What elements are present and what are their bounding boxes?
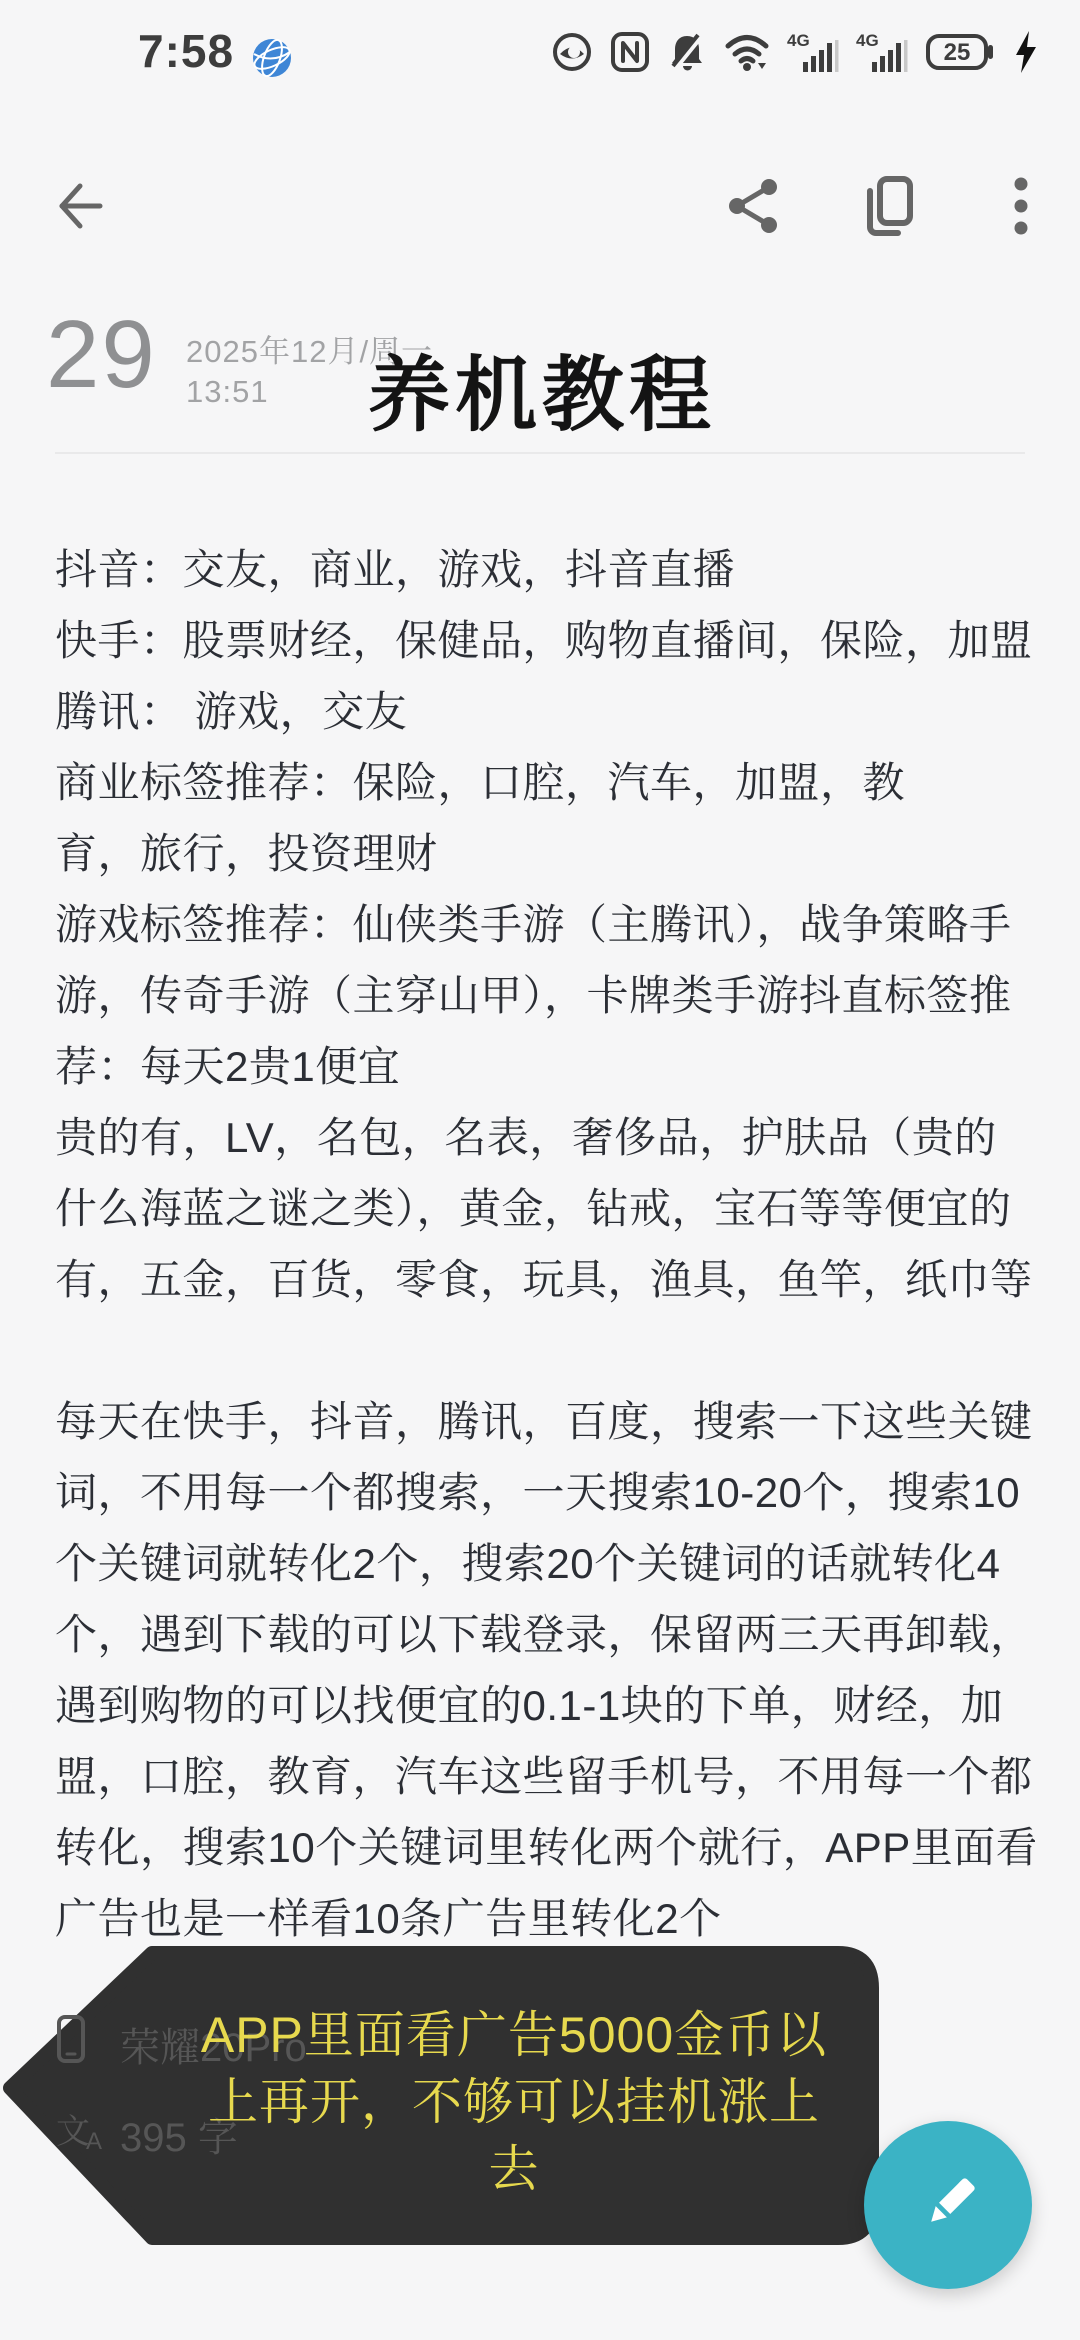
status-icon-cluster: 4G 4G 25 <box>551 28 1040 76</box>
more-vertical-icon <box>1013 176 1029 236</box>
pencil-icon <box>910 2167 986 2243</box>
svg-text:4G: 4G <box>856 31 879 50</box>
share-icon <box>727 177 779 235</box>
back-button[interactable] <box>52 178 108 234</box>
note-body-line: 转化，搜索10个关键词里转化两个就行，APP里面看 <box>55 1812 1035 1883</box>
copy-icon <box>860 175 914 237</box>
wifi-icon <box>724 31 770 73</box>
tooltip-text: APP里面看广告5000金币以 上再开，不够可以挂机涨上 去 <box>150 2002 878 2203</box>
battery-icon: 25 <box>925 32 995 72</box>
copy-button[interactable] <box>858 174 916 238</box>
note-day-number: 29 <box>46 300 157 410</box>
header-divider <box>55 452 1025 454</box>
toolbar-actions <box>724 174 1050 238</box>
note-body-line: 腾讯： 游戏，交友 <box>55 676 1035 747</box>
note-body-line: 抖音：交友，商业，游戏，抖音直播 <box>55 534 1035 605</box>
edit-fab-button[interactable] <box>864 2121 1032 2289</box>
note-body-line: 个，遇到下载的可以下载登录，保留两三天再卸载， <box>55 1599 1035 1670</box>
note-body-line: 游，传奇手游（主穿山甲），卡牌类手游抖直标签推 <box>55 960 1035 1031</box>
clock: 7:58 <box>138 24 234 78</box>
note-toolbar <box>0 160 1080 260</box>
signal-4g-icon: 4G <box>787 30 839 74</box>
note-body-line: 每天在快手，抖音，腾讯，百度，搜索一下这些关键 <box>55 1386 1035 1457</box>
word-count-icon-sub: A <box>86 2128 102 2155</box>
note-time: 13:51 <box>186 374 269 410</box>
svg-text:4G: 4G <box>787 31 810 50</box>
share-button[interactable] <box>724 174 782 238</box>
note-body-line: 个关键词就转化2个，搜索20个关键词的话就转化4 <box>55 1528 1035 1599</box>
note-body-line: 贵的有，LV，名包，名表，奢侈品，护肤品（贵的 <box>55 1102 1035 1173</box>
more-menu-button[interactable] <box>992 174 1050 238</box>
battery-percent: 25 <box>944 39 971 66</box>
nfc-icon <box>610 31 650 73</box>
vpn-globe-icon <box>250 36 294 80</box>
eye-protection-icon <box>551 31 593 73</box>
tooltip-line: 上再开，不够可以挂机涨上 <box>150 2069 878 2136</box>
status-bar: 7:58 4G <box>0 0 1080 100</box>
note-body-line: 有，五金，百货，零食，玩具，渔具，鱼竿，纸巾等 <box>55 1244 1035 1315</box>
note-body-line: 快手：股票财经，保健品，购物直播间，保险，加盟 <box>55 605 1035 676</box>
note-body-line: 商业标签推荐：保险，口腔，汽车，加盟，教 <box>55 747 1035 818</box>
note-body-line: 遇到购物的可以找便宜的0.1-1块的下单，财经，加 <box>55 1670 1035 1741</box>
charging-bolt-icon <box>1012 29 1040 75</box>
tooltip-line: 去 <box>150 2136 878 2203</box>
mute-icon <box>667 31 707 73</box>
signal-4g-icon: 4G <box>856 30 908 74</box>
note-title: 养机教程 <box>368 330 716 447</box>
note-body-line: 盟，口腔，教育，汽车这些留手机号，不用每一个都 <box>55 1741 1035 1812</box>
note-body-line: 游戏标签推荐：仙侠类手游（主腾讯），战争策略手 <box>55 889 1035 960</box>
note-body-line: 什么海蓝之谜之类），黄金，钻戒，宝石等等便宜的 <box>55 1173 1035 1244</box>
tooltip-line: APP里面看广告5000金币以 <box>150 2002 878 2069</box>
word-count-icon-main: 文 <box>56 2113 90 2151</box>
note-body-line: 荐：每天2贵1便宜 <box>55 1031 1035 1102</box>
note-body-line: 词，不用每一个都搜索，一天搜索10-20个，搜索10 <box>55 1457 1035 1528</box>
word-count-icon: 文A <box>56 2104 106 2153</box>
device-phone-icon <box>56 2014 86 2064</box>
note-body[interactable]: 抖音：交友，商业，游戏，抖音直播快手：股票财经，保健品，购物直播间，保险，加盟腾… <box>55 534 1035 1954</box>
note-body-line: 育，旅行，投资理财 <box>55 818 1035 889</box>
note-body-line <box>55 1315 1035 1386</box>
